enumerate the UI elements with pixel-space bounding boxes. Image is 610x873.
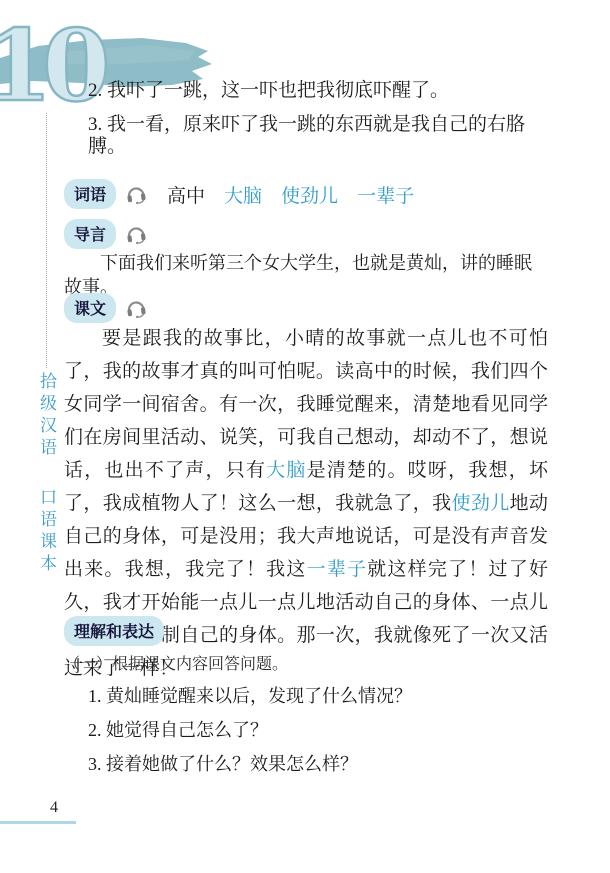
vocab-highlight: 一辈子 xyxy=(307,559,368,580)
review-answers: 2. 我吓了一跳，这一吓也把我彻底吓醒了。 3. 我一看，原来吓了我一跳的东西就… xyxy=(88,80,558,170)
question-3-num: 3. xyxy=(88,754,102,774)
vocab-label: 词语 xyxy=(64,179,116,209)
review-answer-2-text: 我吓了一跳，这一吓也把我彻底吓醒了。 xyxy=(107,80,449,101)
text-segment: 要是跟我的故事比，小晴的故事就一点儿也不可怕了，我的故事才真的叫可怕呢。读高中的… xyxy=(64,328,548,481)
footer-rule xyxy=(0,821,76,824)
question-list: 1. 黄灿睡觉醒来以后，发现了什么情况？ 2. 她觉得自己怎么了？ 3. 接着她… xyxy=(88,686,548,788)
book-spine-title: 拾级汉语 口语课本 xyxy=(34,372,59,576)
text-label: 课文 xyxy=(64,293,116,323)
vocab-highlight: 大脑 xyxy=(266,460,306,481)
review-answer-3-num: 3. xyxy=(88,114,102,135)
vocab-highlight: 使劲儿 xyxy=(281,181,338,208)
review-answer-2: 2. 我吓了一跳，这一吓也把我彻底吓醒了。 xyxy=(88,80,558,102)
headset-icon xyxy=(124,223,149,246)
vocab-highlight: 使劲儿 xyxy=(451,493,509,514)
intro-paragraph: 下面我们来听第三个女大学生，也就是黄灿，讲的睡眠故事。 xyxy=(64,251,546,299)
comprehension-label: 理解和表达 xyxy=(64,616,164,646)
question-2: 2. 她觉得自己怎么了？ xyxy=(88,720,548,741)
question-1-num: 1. xyxy=(88,686,102,706)
intro-label: 导言 xyxy=(64,219,116,249)
exercise-instruction: （一）根据课文内容回答问题。 xyxy=(64,651,546,674)
series-title: 拾级汉语 xyxy=(37,372,56,460)
intro-section-header: 导言 xyxy=(64,219,147,249)
question-2-num: 2. xyxy=(88,720,102,740)
text-section-header: 课文 xyxy=(64,293,147,323)
review-answer-2-num: 2. xyxy=(88,80,102,101)
book-title: 口语课本 xyxy=(37,488,56,576)
question-1: 1. 黄灿睡觉醒来以后，发现了什么情况？ xyxy=(88,686,548,707)
review-answer-3: 3. 我一看，原来吓了我一跳的东西就是我自己的右胳膊。 xyxy=(88,114,558,158)
question-1-text: 黄灿睡觉醒来以后，发现了什么情况？ xyxy=(106,686,412,706)
comprehension-section-header: 理解和表达 xyxy=(64,616,164,646)
textbook-page: 10 拾级汉语 口语课本 2. 我吓了一跳，这一吓也把我彻底吓醒了。 3. 我一… xyxy=(0,0,610,873)
page-number: 4 xyxy=(50,799,58,817)
headset-icon xyxy=(124,183,149,206)
review-answer-3-text: 我一看，原来吓了我一跳的东西就是我自己的右胳膊。 xyxy=(88,114,525,157)
question-3-text: 接着她做了什么？效果怎么样？ xyxy=(106,754,358,774)
question-2-text: 她觉得自己怎么了？ xyxy=(106,720,268,740)
text-segment: 高中 xyxy=(167,181,205,208)
vocab-word-list: 高中大脑使劲儿一辈子 xyxy=(167,181,433,208)
vocab-highlight: 大脑 xyxy=(224,181,262,208)
question-3: 3. 接着她做了什么？效果怎么样？ xyxy=(88,754,548,775)
vocab-highlight: 一辈子 xyxy=(357,181,414,208)
vocab-section-header: 词语 高中大脑使劲儿一辈子 xyxy=(64,179,433,209)
unit-number: 10 xyxy=(0,18,100,116)
dotted-divider xyxy=(46,113,47,368)
headset-icon xyxy=(124,297,149,320)
